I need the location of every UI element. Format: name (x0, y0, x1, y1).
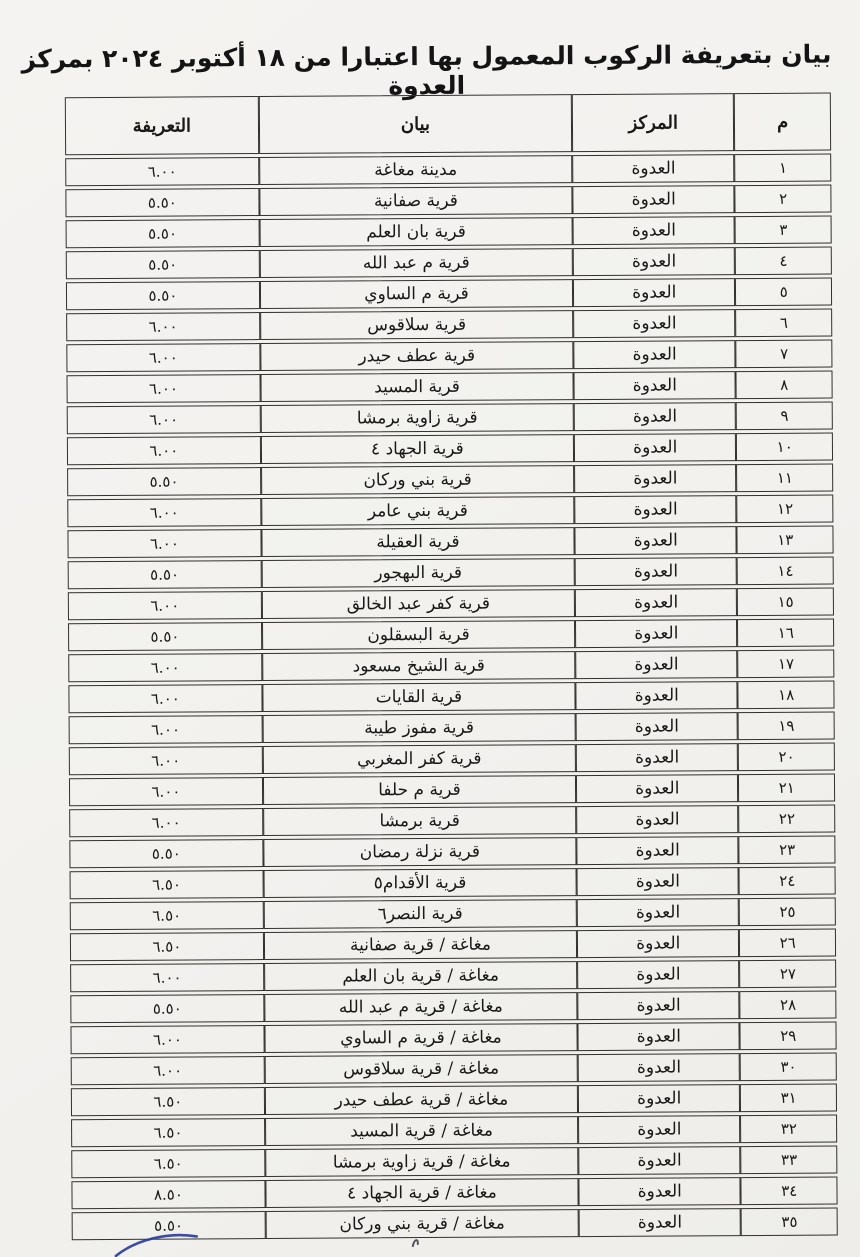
table-row: ١٦العدوةقرية البسقلون٥.٥٠ (68, 619, 834, 652)
table-row: ٢٩العدوةمغاغة / قرية م الساوي٦.٠٠ (70, 1022, 836, 1055)
table-row: ٣٤العدوةمغاغة / قرية الجهاد ٤٨.٥٠ (71, 1177, 837, 1210)
tariff-cell: ٨.٥٠ (71, 1180, 265, 1209)
tariff-cell: ٦.٠٠ (70, 963, 264, 992)
tariff-cell: ٥.٥٠ (67, 467, 261, 496)
center-cell: العدوة (577, 960, 740, 989)
statement-cell: قرية عطف حيدر (260, 341, 573, 371)
statement-cell: قرية زاوية برمشا (260, 403, 573, 433)
table-row: ١١العدوةقرية بني وركان٥.٥٠ (67, 464, 833, 497)
row-number-cell: ٢٧ (740, 960, 837, 989)
center-cell: العدوة (578, 1115, 741, 1144)
row-number-cell: ٢٦ (739, 929, 836, 958)
center-cell: العدوة (574, 464, 737, 493)
row-number-cell: ٤ (735, 247, 832, 276)
row-number-cell: ١٦ (737, 619, 834, 648)
table-row: ١٧العدوةقرية الشيخ مسعود٦.٠٠ (68, 650, 834, 683)
row-number-cell: ٦ (736, 309, 833, 338)
row-number-cell: ٣٤ (741, 1177, 838, 1206)
center-cell: العدوة (573, 247, 736, 276)
tariff-cell: ٦.٠٠ (70, 1025, 264, 1054)
tariff-cell: ٦.٥٠ (70, 901, 264, 930)
statement-cell: قرية القايات (262, 682, 575, 712)
tariff-cell: ٦.٠٠ (67, 436, 261, 465)
statement-cell: قرية كفر المغربي (263, 744, 576, 774)
center-cell: العدوة (577, 929, 740, 958)
statement-cell: قرية كفر عبد الخالق (262, 589, 575, 619)
statement-cell: مدينة مغاغة (259, 155, 572, 185)
statement-cell: قرية مفوز طيبة (262, 713, 575, 743)
center-cell: العدوة (575, 588, 738, 617)
header-center: المركز (572, 93, 735, 152)
tariff-cell: ٦.٠٠ (65, 157, 259, 186)
tariff-cell: ٥.٥٠ (66, 250, 260, 279)
table-row: ٢٧العدوةمغاغة / قرية بان العلم٦.٠٠ (70, 960, 836, 993)
tariff-cell: ٥.٥٠ (66, 281, 260, 310)
statement-cell: مغاغة / قرية بان العلم (264, 961, 577, 991)
table-row: ١٠العدوةقرية الجهاد ٤٦.٠٠ (67, 433, 833, 466)
table-row: ٢٤العدوةقرية الأقدام٥٦.٥٠ (70, 867, 836, 900)
tariff-cell: ٦.٠٠ (67, 498, 261, 527)
scanned-page: بيان بتعريفة الركوب المعمول بها اعتبارا … (0, 0, 860, 1257)
center-cell: العدوة (579, 1208, 742, 1237)
statement-cell: قرية نزلة رمضان (263, 837, 576, 867)
row-number-cell: ١٣ (737, 526, 834, 555)
center-cell: العدوة (575, 681, 738, 710)
center-cell: العدوة (578, 1146, 741, 1175)
center-cell: العدوة (573, 216, 736, 245)
statement-cell: قرية برمشا (263, 806, 576, 836)
tariff-cell: ٦.٥٠ (71, 1087, 265, 1116)
tariff-table: م المركز بيان التعريفة ١العدوةمدينة مغاغ… (65, 90, 838, 1244)
table-row: ١٩العدوةقرية مفوز طيبة٦.٠٠ (69, 712, 835, 745)
statement-cell: قرية الجهاد ٤ (261, 434, 574, 464)
tariff-cell: ٦.٠٠ (69, 808, 263, 837)
center-cell: العدوة (576, 774, 739, 803)
row-number-cell: ١٩ (738, 712, 835, 741)
tariff-cell: ٦.٠٠ (66, 374, 260, 403)
tariff-table-body: ١العدوةمدينة مغاغة٦.٠٠٢العدوةقرية صفانية… (65, 154, 838, 1241)
table-row: ١٢العدوةقرية بني عامر٦.٠٠ (67, 495, 833, 528)
table-row: ٩العدوةقرية زاوية برمشا٦.٠٠ (67, 402, 833, 435)
center-cell: العدوة (576, 836, 739, 865)
tariff-cell: ٦.٠٠ (66, 343, 260, 372)
center-cell: العدوة (574, 371, 737, 400)
statement-cell: قرية بني عامر (261, 496, 574, 526)
tariff-cell: ٦.٠٠ (68, 653, 262, 682)
table-row: ٤العدوةقرية م عبد الله٥.٥٠ (66, 247, 832, 280)
center-cell: العدوة (574, 433, 737, 462)
statement-cell: قرية سلاقوس (260, 310, 573, 340)
statement-cell: مغاغة / قرية عطف حيدر (265, 1085, 578, 1115)
table-row: ٣٣العدوةمغاغة / قرية زاوية برمشا٦.٥٠ (71, 1146, 837, 1179)
tariff-cell: ٦.٠٠ (67, 405, 261, 434)
row-number-cell: ٧ (736, 340, 833, 369)
tariff-cell: ٦.٥٠ (70, 870, 264, 899)
center-cell: العدوة (575, 619, 738, 648)
row-number-cell: ٣١ (740, 1084, 837, 1113)
row-number-cell: ١٥ (737, 588, 834, 617)
tariff-cell: ٥.٥٠ (68, 560, 262, 589)
row-number-cell: ٩ (736, 402, 833, 431)
statement-cell: مغاغة / قرية م الساوي (264, 1023, 577, 1053)
statement-cell: قرية بني وركان (261, 465, 574, 495)
tariff-cell: ٥.٥٠ (72, 1211, 266, 1240)
statement-cell: مغاغة / قرية م عبد الله (264, 992, 577, 1022)
table-row: ٢١العدوةقرية م حلفا٦.٠٠ (69, 774, 835, 807)
center-cell: العدوة (578, 1084, 741, 1113)
table-row: ٢٠العدوةقرية كفر المغربي٦.٠٠ (69, 743, 835, 776)
center-cell: العدوة (579, 1177, 742, 1206)
table-row: ٢٥العدوةقرية النصر٦٦.٥٠ (70, 898, 836, 931)
tariff-cell: ٥.٥٠ (66, 219, 260, 248)
statement-cell: مغاغة / قرية صفانية (264, 930, 577, 960)
statement-cell: قرية النصر٦ (264, 899, 577, 929)
tariff-cell: ٦.٥٠ (70, 932, 264, 961)
row-number-cell: ١١ (737, 464, 834, 493)
center-cell: العدوة (577, 867, 740, 896)
statement-cell: قرية صفانية (259, 186, 572, 216)
header-statement: بيان (259, 94, 573, 154)
center-cell: العدوة (576, 712, 739, 741)
table-row: ٢٦العدوةمغاغة / قرية صفانية٦.٥٠ (70, 929, 836, 962)
header-tariff: التعريفة (65, 96, 259, 155)
tariff-cell: ٦.٠٠ (66, 312, 260, 341)
statement-cell: قرية العقيلة (261, 527, 574, 557)
row-number-cell: ١٤ (737, 557, 834, 586)
table-row: ٢العدوةقرية صفانية٥.٥٠ (65, 185, 831, 218)
row-number-cell: ٢٨ (740, 991, 837, 1020)
table-row: ١٨العدوةقرية القايات٦.٠٠ (68, 681, 834, 714)
center-cell: العدوة (575, 650, 738, 679)
center-cell: العدوة (578, 1022, 741, 1051)
row-number-cell: ٢٢ (739, 805, 836, 834)
row-number-cell: ٣ (735, 216, 832, 245)
statement-cell: مغاغة / قرية بني وركان (265, 1209, 578, 1239)
center-cell: العدوة (576, 743, 739, 772)
statement-cell: قرية م الساوي (260, 279, 573, 309)
row-number-cell: ٢٤ (739, 867, 836, 896)
table-row: ٢٣العدوةقرية نزلة رمضان٥.٥٠ (69, 836, 835, 869)
header-no: م (734, 93, 831, 152)
page-content: بيان بتعريفة الركوب المعمول بها اعتبارا … (0, 0, 860, 1257)
row-number-cell: ٢٣ (739, 836, 836, 865)
row-number-cell: ٢ (735, 185, 832, 214)
table-row: ١٣العدوةقرية العقيلة٦.٠٠ (67, 526, 833, 559)
row-number-cell: ٣٢ (741, 1115, 838, 1144)
table-row: ٣٠العدوةمغاغة / قرية سلاقوس٦.٠٠ (71, 1053, 837, 1086)
row-number-cell: ٣٣ (741, 1146, 838, 1175)
center-cell: العدوة (577, 898, 740, 927)
statement-cell: مغاغة / قرية زاوية برمشا (265, 1147, 578, 1177)
row-number-cell: ٢٥ (739, 898, 836, 927)
row-number-cell: ٢١ (738, 774, 835, 803)
row-number-cell: ١٠ (736, 433, 833, 462)
row-number-cell: ١٨ (738, 681, 835, 710)
table-row: ٣١العدوةمغاغة / قرية عطف حيدر٦.٥٠ (71, 1084, 837, 1117)
statement-cell: مغاغة / قرية الجهاد ٤ (265, 1178, 578, 1208)
statement-cell: قرية الأقدام٥ (263, 868, 576, 898)
tariff-cell: ٦.٠٠ (67, 529, 261, 558)
statement-cell: قرية البسقلون (262, 620, 575, 650)
statement-cell: قرية البهجور (261, 558, 574, 588)
statement-cell: مغاغة / قرية المسيد (265, 1116, 578, 1146)
row-number-cell: ٢٠ (738, 743, 835, 772)
center-cell: العدوة (573, 278, 736, 307)
tariff-cell: ٦.٠٠ (68, 591, 262, 620)
center-cell: العدوة (576, 805, 739, 834)
tariff-cell: ٦.٠٠ (69, 715, 263, 744)
tariff-cell: ٦.٥٠ (71, 1118, 265, 1147)
statement-cell: قرية الشيخ مسعود (262, 651, 575, 681)
center-cell: العدوة (575, 526, 738, 555)
table-row: ٧العدوةقرية عطف حيدر٦.٠٠ (66, 340, 832, 373)
table-row: ٢٢العدوةقرية برمشا٦.٠٠ (69, 805, 835, 838)
statement-cell: قرية م عبد الله (260, 248, 573, 278)
statement-cell: قرية المسيد (260, 372, 573, 402)
table-row: ١٤العدوةقرية البهجور٥.٥٠ (68, 557, 834, 590)
table-row: ١٥العدوةقرية كفر عبد الخالق٦.٠٠ (68, 588, 834, 621)
center-cell: العدوة (574, 495, 737, 524)
table-row: ٣العدوةقرية بان العلم٥.٥٠ (66, 216, 832, 249)
table-row: ٨العدوةقرية المسيد٦.٠٠ (66, 371, 832, 404)
center-cell: العدوة (574, 402, 737, 431)
tariff-cell: ٦.٠٠ (69, 746, 263, 775)
tariff-cell: ٦.٠٠ (69, 777, 263, 806)
row-number-cell: ٢٩ (740, 1022, 837, 1051)
table-row: ١العدوةمدينة مغاغة٦.٠٠ (65, 154, 831, 187)
tariff-cell: ٦.٠٠ (71, 1056, 265, 1085)
center-cell: العدوة (572, 185, 735, 214)
center-cell: العدوة (573, 340, 736, 369)
tariff-cell: ٦.٠٠ (68, 684, 262, 713)
row-number-cell: ٣٠ (740, 1053, 837, 1082)
row-number-cell: ٣٥ (741, 1208, 838, 1237)
table-row: ٢٨العدوةمغاغة / قرية م عبد الله٥.٥٠ (70, 991, 836, 1024)
table-row: ٣٢العدوةمغاغة / قرية المسيد٦.٥٠ (71, 1115, 837, 1148)
tariff-cell: ٥.٥٠ (70, 994, 264, 1023)
center-cell: العدوة (575, 557, 738, 586)
center-cell: العدوة (573, 309, 736, 338)
row-number-cell: ١ (735, 154, 832, 183)
statement-cell: قرية م حلفا (263, 775, 576, 805)
center-cell: العدوة (572, 154, 735, 183)
center-cell: العدوة (578, 1053, 741, 1082)
row-number-cell: ٨ (736, 371, 833, 400)
statement-cell: قرية بان العلم (259, 217, 572, 247)
row-number-cell: ٥ (735, 278, 832, 307)
table-row: ٣٥العدوةمغاغة / قرية بني وركان٥.٥٠ (72, 1208, 838, 1241)
table-row: ٥العدوةقرية م الساوي٥.٥٠ (66, 278, 832, 311)
tariff-cell: ٥.٥٠ (68, 622, 262, 651)
table-header-row: م المركز بيان التعريفة (65, 93, 831, 156)
tariff-cell: ٥.٥٠ (69, 839, 263, 868)
row-number-cell: ١٢ (737, 495, 834, 524)
center-cell: العدوة (577, 991, 740, 1020)
tariff-cell: ٦.٥٠ (71, 1149, 265, 1178)
row-number-cell: ١٧ (738, 650, 835, 679)
statement-cell: مغاغة / قرية سلاقوس (264, 1054, 577, 1084)
table-row: ٦العدوةقرية سلاقوس٦.٠٠ (66, 309, 832, 342)
tariff-cell: ٥.٥٠ (65, 188, 259, 217)
